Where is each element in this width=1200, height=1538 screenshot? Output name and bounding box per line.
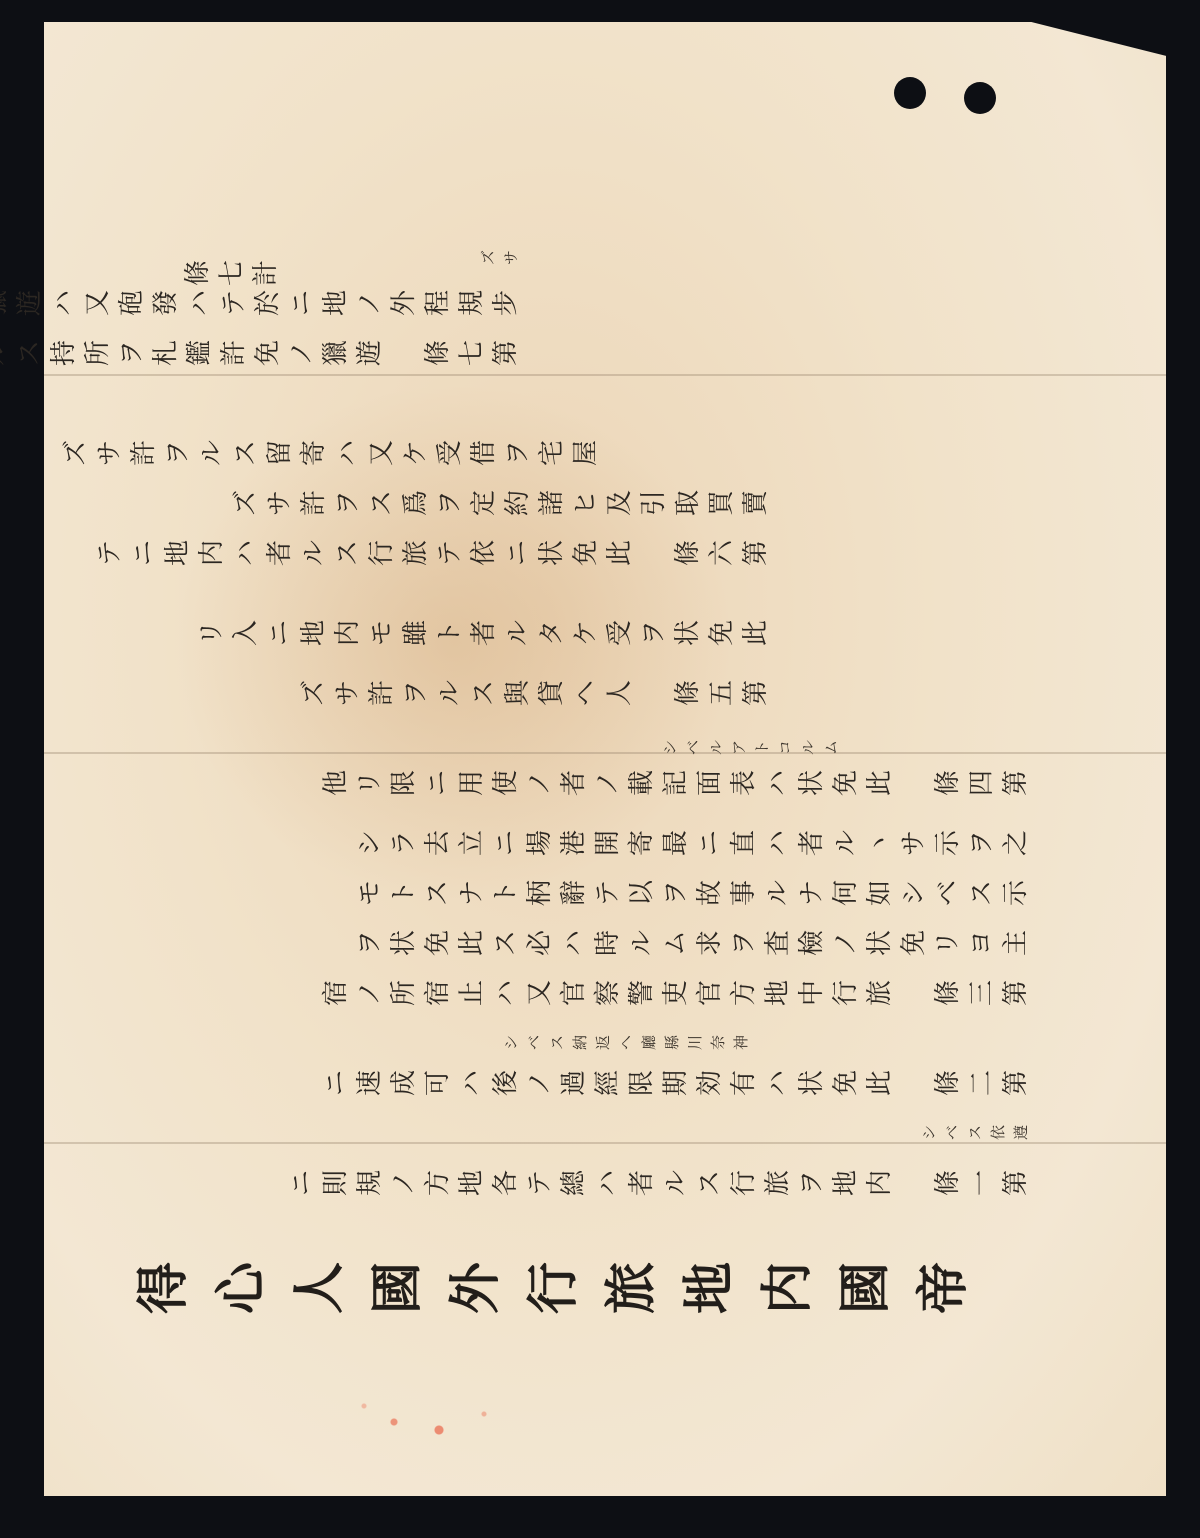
character: 人 <box>294 1260 346 1316</box>
character: 條 <box>675 539 701 567</box>
fold-line <box>44 1142 1166 1144</box>
character: 免 <box>833 769 859 797</box>
character: 状 <box>539 539 565 567</box>
character: ノ <box>289 339 315 367</box>
character: 中 <box>799 979 825 1007</box>
character: 外 <box>391 289 417 317</box>
total-articles: 計七條 <box>184 260 280 286</box>
character: 者 <box>799 829 825 857</box>
character: 用 <box>459 769 485 797</box>
character: ス <box>471 679 497 707</box>
article-1-continuation: 遵依スベシ <box>921 1125 1030 1140</box>
character: ハ <box>459 1069 485 1097</box>
character: ト <box>391 879 417 907</box>
character: 止 <box>459 979 485 1007</box>
character: タ <box>539 619 565 647</box>
character: ニ <box>267 619 293 647</box>
character: 寄 <box>301 439 327 467</box>
character: 効 <box>697 1069 723 1097</box>
character: 此 <box>459 929 485 957</box>
character: 行 <box>369 539 395 567</box>
character: リ <box>357 769 383 797</box>
character: 總 <box>561 1169 587 1197</box>
character: 他 <box>323 769 349 797</box>
character: 最 <box>663 829 689 857</box>
character: 免 <box>709 619 735 647</box>
character: 持 <box>51 339 77 367</box>
character: ベ <box>686 739 701 756</box>
character: ル <box>505 619 531 647</box>
article-5-line-2: 此免状ヲ受ケタル者ト雖モ内地ニ入リ <box>198 620 770 646</box>
character: 受 <box>437 439 463 467</box>
character: 第 <box>1003 979 1029 1007</box>
character: 港 <box>561 829 587 857</box>
article-6-line: 第六條 此免状ニ依テ旅行スル者ハ内地ニテ <box>96 540 770 566</box>
character: テ <box>527 1169 553 1197</box>
character: 開 <box>595 829 621 857</box>
character: ベ <box>945 1124 960 1141</box>
character: 察 <box>595 979 621 1007</box>
character: 警 <box>629 979 655 1007</box>
character: ハ <box>335 439 361 467</box>
character: 地 <box>301 619 327 647</box>
character: 柄 <box>527 879 553 907</box>
character: ト <box>493 879 519 907</box>
article-5-line: 第五條 人ヘ貸與スルヲ許サズ <box>300 680 770 706</box>
character <box>901 769 927 797</box>
character <box>901 1169 927 1197</box>
character: 人 <box>607 679 633 707</box>
character: ヲ <box>799 1169 825 1197</box>
character: 免 <box>573 539 599 567</box>
character: 七 <box>219 259 245 287</box>
character: 記 <box>663 769 689 797</box>
character: 國 <box>840 1260 892 1316</box>
character: 返 <box>596 1034 611 1051</box>
character: コ <box>778 739 793 756</box>
character: 之 <box>1003 829 1029 857</box>
character: 一 <box>969 1169 995 1197</box>
character <box>641 679 667 707</box>
character: 屋 <box>573 439 599 467</box>
character: ス <box>493 929 519 957</box>
character: 表 <box>731 769 757 797</box>
character: 外 <box>450 1260 502 1316</box>
character: 行 <box>731 1169 757 1197</box>
character: ノ <box>527 1069 553 1097</box>
character: 及 <box>607 489 633 517</box>
character: 札 <box>153 339 179 367</box>
character <box>641 539 667 567</box>
character: テ <box>595 879 621 907</box>
character: 川 <box>688 1034 703 1051</box>
character: 又 <box>527 979 553 1007</box>
character: ノ <box>357 289 383 317</box>
article-7-line-2: 步規程外ノ地ニ於テハ發砲又ハ遊獵スルヲ許 <box>0 290 520 316</box>
character: 國 <box>372 1260 424 1316</box>
character: テ <box>437 539 463 567</box>
character: 行 <box>833 979 859 1007</box>
character: 依 <box>471 539 497 567</box>
character: 許 <box>221 339 247 367</box>
character: 時 <box>595 929 621 957</box>
character: 四 <box>969 769 995 797</box>
character: 規 <box>459 289 485 317</box>
character: ル <box>301 539 327 567</box>
character: ヲ <box>663 879 689 907</box>
character: 宿 <box>425 979 451 1007</box>
character: 條 <box>185 259 211 287</box>
character: 故 <box>697 879 723 907</box>
character: ス <box>17 339 43 367</box>
character: 旅 <box>765 1169 791 1197</box>
character: シ <box>357 829 383 857</box>
character: ヘ <box>619 1034 634 1051</box>
character: ニ <box>289 1169 315 1197</box>
character: ス <box>550 1034 565 1051</box>
character: ニ <box>323 1069 349 1097</box>
character: シ <box>504 1034 519 1051</box>
character: 遊 <box>357 339 383 367</box>
character: 方 <box>425 1169 451 1197</box>
character: 依 <box>991 1124 1006 1141</box>
character: ヲ <box>641 619 667 647</box>
character: ト <box>755 739 770 756</box>
character: ス <box>335 539 361 567</box>
character: 廳 <box>642 1034 657 1051</box>
character: 可 <box>425 1069 451 1097</box>
character: ヲ <box>357 929 383 957</box>
character: 官 <box>561 979 587 1007</box>
character: サ <box>901 829 927 857</box>
character: 地 <box>684 1260 736 1316</box>
character: 遊 <box>17 289 43 317</box>
character: 地 <box>459 1169 485 1197</box>
character: ノ <box>833 929 859 957</box>
character: 内 <box>867 1169 893 1197</box>
character: 砲 <box>119 289 145 317</box>
character: 旅 <box>606 1260 658 1316</box>
character: 於 <box>255 289 281 317</box>
character: サ <box>267 489 293 517</box>
character: 者 <box>629 1169 655 1197</box>
character: ル <box>765 879 791 907</box>
character: ベ <box>527 1034 542 1051</box>
character: 條 <box>425 339 451 367</box>
character: 檢 <box>799 929 825 957</box>
character: 面 <box>697 769 723 797</box>
article-3-line-4: 之ヲ示サヽル者ハ直ニ最寄開港場ニ立去ラシ <box>356 830 1030 856</box>
character: ヲ <box>437 489 463 517</box>
character: 第 <box>493 339 519 367</box>
character: 此 <box>867 769 893 797</box>
character: 限 <box>391 769 417 797</box>
character: 免 <box>833 1069 859 1097</box>
article-7-line: 第七條 遊獵ノ免許鑑札ヲ所持スル者ト雖モ遊 <box>0 340 520 366</box>
character: ハ <box>51 289 77 317</box>
character: 必 <box>527 929 553 957</box>
character: ケ <box>403 439 429 467</box>
character: 條 <box>935 1069 961 1097</box>
character: 又 <box>369 439 395 467</box>
character: ハ <box>765 769 791 797</box>
character: リ <box>199 619 225 647</box>
character: 状 <box>675 619 701 647</box>
red-seal-residue <box>304 1382 604 1462</box>
character: 立 <box>459 829 485 857</box>
character: 獵 <box>0 289 9 317</box>
character: ス <box>969 879 995 907</box>
character: ル <box>199 439 225 467</box>
character: 直 <box>731 829 757 857</box>
character: 方 <box>731 979 757 1007</box>
character: 所 <box>85 339 111 367</box>
article-4-continuation: ムルコトアルベシ <box>662 740 840 755</box>
character: ニ <box>289 289 315 317</box>
character: 遵 <box>1014 1124 1029 1141</box>
article-1-line: 第一條 内地ヲ旅行スル者ハ總テ各地方ノ規則ニ <box>288 1170 1030 1196</box>
character: 條 <box>935 1169 961 1197</box>
character: ズ <box>63 439 89 467</box>
character: 此 <box>743 619 769 647</box>
character: 第 <box>1003 1069 1029 1097</box>
character: ル <box>663 1169 689 1197</box>
character: 三 <box>969 979 995 1007</box>
character: ヲ <box>731 929 757 957</box>
character: 者 <box>561 769 587 797</box>
character: 貸 <box>539 679 565 707</box>
character: ハ <box>765 1069 791 1097</box>
character <box>391 339 417 367</box>
character: ヲ <box>119 339 145 367</box>
character: ニ <box>505 539 531 567</box>
character: 過 <box>561 1069 587 1097</box>
character: 官 <box>697 979 723 1007</box>
article-2-line: 第二條 此免状ハ有効期限經過ノ後ハ可成速ニ <box>322 1070 1030 1096</box>
character: テ <box>221 289 247 317</box>
character: 地 <box>833 1169 859 1197</box>
character: 留 <box>267 439 293 467</box>
character: ニ <box>697 829 723 857</box>
document-title: 帝國内地旅行外國人心得 <box>136 1262 972 1314</box>
character: 定 <box>471 489 497 517</box>
character: ノ <box>357 979 383 1007</box>
article-2-continuation: 神奈川縣廳ヘ返納スベシ <box>503 1035 750 1050</box>
character: ベ <box>935 879 961 907</box>
character: 第 <box>743 679 769 707</box>
character: 速 <box>357 1069 383 1097</box>
character: 者 <box>471 619 497 647</box>
character: 則 <box>323 1169 349 1197</box>
character: ル <box>629 929 655 957</box>
character: 内 <box>199 539 225 567</box>
character: 計 <box>253 259 279 287</box>
article-3-line-3: 示スベシ如何ナル事故ヲ以テ辭柄トナストモ <box>356 880 1030 906</box>
character: サ <box>504 249 519 266</box>
character: ノ <box>527 769 553 797</box>
character: 状 <box>391 929 417 957</box>
character: 五 <box>709 679 735 707</box>
character: ム <box>663 929 689 957</box>
character: ハ <box>493 979 519 1007</box>
character: ア <box>732 739 747 756</box>
character: ル <box>709 739 724 756</box>
character: 條 <box>935 979 961 1007</box>
character: ヒ <box>573 489 599 517</box>
character: 約 <box>505 489 531 517</box>
character: ナ <box>799 879 825 907</box>
character: 許 <box>369 679 395 707</box>
character: 得 <box>138 1260 190 1316</box>
character: 辭 <box>561 879 587 907</box>
character: 第 <box>1003 1169 1029 1197</box>
character: ズ <box>481 249 496 266</box>
character: 心 <box>216 1260 268 1316</box>
character: ニ <box>425 769 451 797</box>
character: 借 <box>471 439 497 467</box>
character: 賣 <box>743 489 769 517</box>
character: 二 <box>969 1069 995 1097</box>
character: 獵 <box>323 339 349 367</box>
character: ケ <box>573 619 599 647</box>
character: 吏 <box>663 979 689 1007</box>
character: 以 <box>629 879 655 907</box>
character: ヲ <box>969 829 995 857</box>
character: 入 <box>233 619 259 647</box>
punch-hole <box>894 77 926 109</box>
character: ヘ <box>573 679 599 707</box>
character: ル <box>437 679 463 707</box>
character: 場 <box>527 829 553 857</box>
character: 状 <box>799 769 825 797</box>
character: ス <box>968 1124 983 1141</box>
fold-line <box>44 374 1166 376</box>
character: 何 <box>833 879 859 907</box>
character: シ <box>663 739 678 756</box>
character: ズ <box>301 679 327 707</box>
character: ル <box>801 739 816 756</box>
article-3-line-2: 主ヨリ免状ノ檢査ヲ求ムル時ハ必ス此免状ヲ <box>356 930 1030 956</box>
character: ラ <box>391 829 417 857</box>
character: ヨ <box>969 929 995 957</box>
character: ス <box>425 879 451 907</box>
character: ズ <box>233 489 259 517</box>
character: 期 <box>663 1069 689 1097</box>
character: 經 <box>595 1069 621 1097</box>
character: 鑑 <box>187 339 213 367</box>
character: ハ <box>561 929 587 957</box>
character: 縣 <box>665 1034 680 1051</box>
character: 宿 <box>323 979 349 1007</box>
article-6-line-3: 屋宅ヲ借受ケ又ハ寄留スルヲ許サズ <box>62 440 600 466</box>
character: ハ <box>765 829 791 857</box>
character: ニ <box>493 829 519 857</box>
character: 六 <box>709 539 735 567</box>
character: リ <box>935 929 961 957</box>
character: ノ <box>595 769 621 797</box>
character: ヲ <box>505 439 531 467</box>
character: 發 <box>153 289 179 317</box>
character: 與 <box>505 679 531 707</box>
character: 査 <box>765 929 791 957</box>
punch-hole <box>964 82 996 114</box>
character: テ <box>97 539 123 567</box>
character: シ <box>922 1124 937 1141</box>
character: ル <box>833 829 859 857</box>
character: 受 <box>607 619 633 647</box>
character: ハ <box>233 539 259 567</box>
character: 旅 <box>867 979 893 1007</box>
character: 免 <box>901 929 927 957</box>
character <box>901 979 927 1007</box>
character: ヽ <box>867 829 893 857</box>
character: 内 <box>762 1260 814 1316</box>
character: 状 <box>799 1069 825 1097</box>
character: 此 <box>607 539 633 567</box>
character: 取 <box>675 489 701 517</box>
character: 引 <box>641 489 667 517</box>
character: 示 <box>1003 879 1029 907</box>
character: 規 <box>357 1169 383 1197</box>
character: 成 <box>391 1069 417 1097</box>
character: 免 <box>255 339 281 367</box>
character: 地 <box>323 289 349 317</box>
character: 宅 <box>539 439 565 467</box>
character: ス <box>369 489 395 517</box>
character: 第 <box>743 539 769 567</box>
character: 奈 <box>711 1034 726 1051</box>
character: 第 <box>1003 769 1029 797</box>
character: 諸 <box>539 489 565 517</box>
character: 許 <box>131 439 157 467</box>
character: ニ <box>131 539 157 567</box>
character: 免 <box>425 929 451 957</box>
character: 此 <box>867 1069 893 1097</box>
fold-line <box>44 752 1166 754</box>
character: ル <box>0 339 9 367</box>
character: 步 <box>493 289 519 317</box>
character: ノ <box>391 1169 417 1197</box>
character: ハ <box>187 289 213 317</box>
character: 内 <box>335 619 361 647</box>
character: ス <box>233 439 259 467</box>
character: 各 <box>493 1169 519 1197</box>
character: シ <box>901 879 927 907</box>
character: 去 <box>425 829 451 857</box>
article-3-line: 第三條 旅行中地方官吏警察官又ハ止宿所ノ宿 <box>322 980 1030 1006</box>
character: 旅 <box>403 539 429 567</box>
character: 後 <box>493 1069 519 1097</box>
character: モ <box>357 879 383 907</box>
character: 有 <box>731 1069 757 1097</box>
character: 如 <box>867 879 893 907</box>
character: 條 <box>675 679 701 707</box>
character <box>901 1069 927 1097</box>
article-7-continuation: サズ <box>480 250 520 265</box>
character: 地 <box>765 979 791 1007</box>
character: 七 <box>459 339 485 367</box>
character: ナ <box>459 879 485 907</box>
character: 者 <box>267 539 293 567</box>
character: 事 <box>731 879 757 907</box>
character: 寄 <box>629 829 655 857</box>
character: 許 <box>301 489 327 517</box>
character: サ <box>97 439 123 467</box>
article-6-line-2: 賣買取引及ヒ諸約定ヲ爲スヲ許サズ <box>232 490 770 516</box>
character: 行 <box>528 1260 580 1316</box>
character: 帝 <box>918 1260 970 1316</box>
character: 示 <box>935 829 961 857</box>
